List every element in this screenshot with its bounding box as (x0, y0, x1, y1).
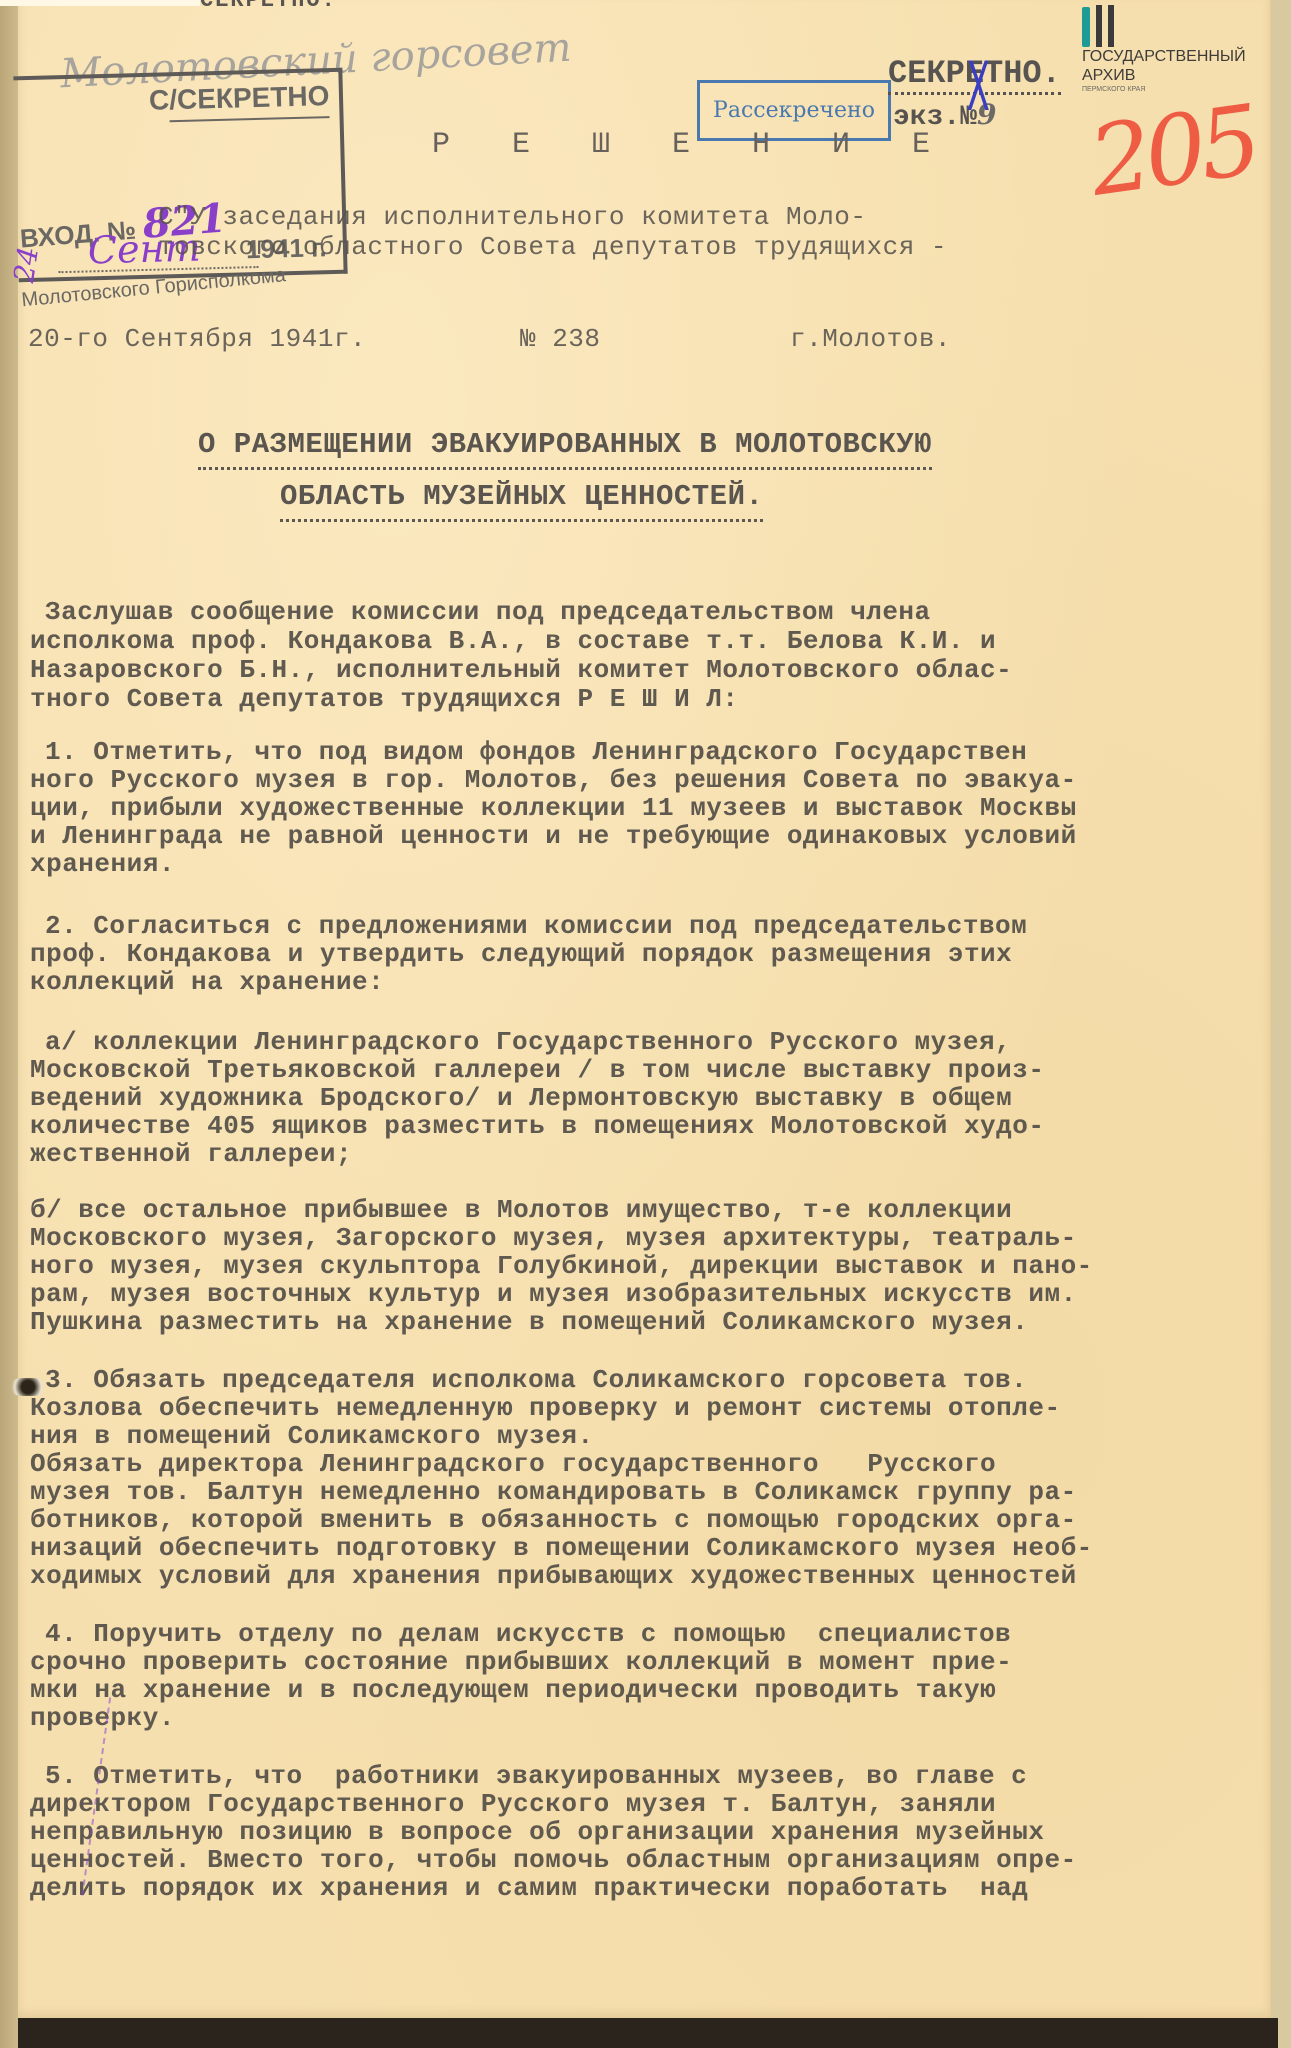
paragraph-line: ведений художника Бродского/ и Лермонтов… (30, 1084, 1012, 1113)
paragraph-line: а/ коллекции Ленинградского Государствен… (45, 1028, 1011, 1057)
paragraph-line: мки на хранение и в последующем периодич… (30, 1676, 996, 1705)
paragraph-line: 5. Отметить, что работники эвакуированны… (45, 1762, 1027, 1791)
paragraph-line: неправильную позицию в вопросе об органи… (30, 1818, 1044, 1847)
document-number: № 238 (520, 325, 601, 354)
paragraph-line: 1. Отметить, что под видом фондов Ленинг… (45, 738, 1027, 767)
paragraph-line: ции, прибыли художественные коллекции 11… (30, 794, 1077, 823)
paragraph-line: делить порядок их хранения и самим практ… (30, 1874, 1028, 1903)
paragraph-line: ния в помещений Соликамского музея. (30, 1422, 594, 1451)
paragraph-line: 3. Обязать председателя исполкома Солика… (45, 1366, 1027, 1395)
paragraph-line: жественной галлереи; (30, 1140, 352, 1169)
previous-page-edge (0, 0, 200, 6)
paragraph-line: ботников, которой вменить в обязанность … (30, 1506, 1077, 1535)
paragraph-line: Козлова обеспечить немедленную проверку … (30, 1394, 1061, 1423)
document-type-title: Р Е Ш Е Н И Е (432, 128, 952, 162)
intro-line: исполкома проф. Кондакова В.А., в состав… (30, 627, 996, 656)
paragraph-line: Обязать директора Ленинградского государ… (30, 1450, 996, 1479)
document-sheet (18, 0, 1271, 2020)
document-place: г.Молотов. (790, 325, 951, 354)
paragraph-line: низаций обеспечить подготовку в помещени… (30, 1534, 1093, 1563)
intro-line: тного Совета депутатов трудящихся Р Е Ш … (30, 685, 739, 714)
subject-heading-line: О РАЗМЕЩЕНИИ ЭВАКУИРОВАННЫХ В МОЛОТОВСКУ… (198, 428, 932, 470)
paragraph-line: коллекций на хранение: (30, 968, 384, 997)
paragraph-line: и Ленинграда не равной ценности и не тре… (30, 822, 1077, 851)
paragraph-line: музея тов. Балтун немедленно командирова… (30, 1478, 1077, 1507)
stamp-header: С/СЕКРЕТНО (149, 80, 330, 117)
archive-logo-icon (1082, 5, 1246, 47)
paragraph-line: срочно проверить состояние прибывших кол… (30, 1648, 1012, 1677)
paragraph-line: ного Русского музея в гор. Молотов, без … (30, 766, 1077, 795)
paragraph-line: 2. Согласиться с предложениями комиссии … (45, 912, 1027, 941)
subject-heading-line: ОБЛАСТЬ МУЗЕЙНЫХ ЦЕННОСТЕЙ. (280, 480, 763, 522)
stamp-day: 24 (7, 245, 45, 285)
paragraph-line: ценностей. Вместо того, чтобы помочь обл… (30, 1846, 1077, 1875)
paragraph-line: директором Государственного Русского муз… (30, 1790, 996, 1819)
preamble-line: товского областного Совета депутатов тру… (158, 233, 947, 262)
previous-page-partial-text: СЕКРЕТНО. (200, 0, 337, 13)
paragraph-line: Московского музея, Загорского музея, муз… (30, 1224, 1077, 1253)
archive-page-number: 205 (1083, 84, 1262, 218)
paragraph-line: ходимых условий для хранения прибывающих… (30, 1562, 1077, 1591)
archive-logo: ГОСУДАРСТВЕННЫЙ АРХИВ ПЕРМСКОГО КРАЯ (1082, 5, 1246, 94)
blue-cross-mark: X (967, 48, 990, 127)
paragraph-line: 4. Поручить отделу по делам искусств с п… (45, 1620, 1011, 1649)
intro-line: Заслушав сообщение комиссии под председа… (45, 598, 931, 627)
paragraph-line: количестве 405 ящиков разместить в помещ… (30, 1112, 1044, 1141)
scan-bottom-edge (18, 2018, 1278, 2048)
paragraph-line: Пушкина разместить на хранение в помещен… (30, 1308, 1028, 1337)
paragraph-line: б/ все остальное прибывшее в Молотов иму… (30, 1196, 1012, 1225)
paragraph-line: ного музея, музея скульптора Голубкиной,… (30, 1252, 1093, 1281)
paragraph-line: хранения. (30, 850, 175, 879)
archive-logo-line2: АРХИВ (1082, 66, 1246, 85)
intro-line: Назаровского Б.Н., исполнительный комите… (30, 656, 1012, 685)
paragraph-line: рам, музея восточных культур и музея изо… (30, 1280, 1077, 1309)
archive-logo-line1: ГОСУДАРСТВЕННЫЙ (1082, 47, 1246, 66)
preamble-line: С"У заседания исполнительного комитета М… (158, 203, 867, 232)
paragraph-line: Московской Третьяковской галлереи / в то… (30, 1056, 1044, 1085)
document-date: 20-го Сентября 1941г. (28, 325, 366, 354)
paragraph-line: проф. Кондакова и утвердить следующий по… (30, 940, 1012, 969)
